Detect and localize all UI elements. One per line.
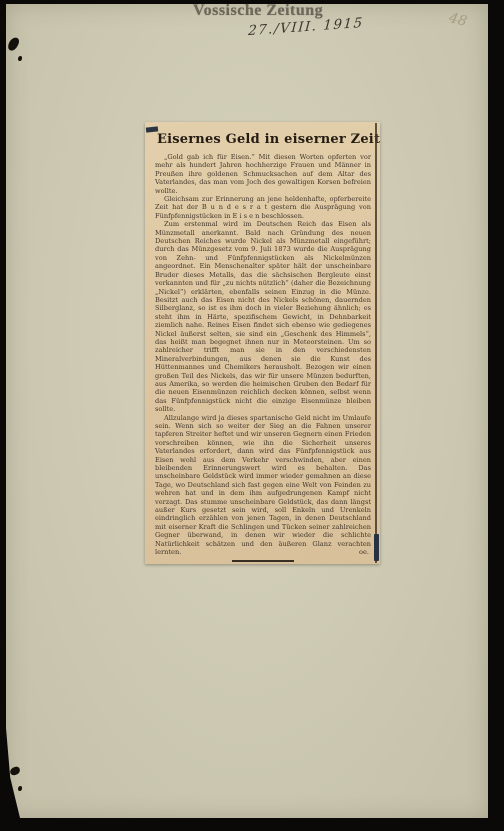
article-author-initials: oe. bbox=[155, 548, 369, 556]
article-end-rule bbox=[232, 560, 294, 562]
newspaper-name-stamp: Vossische Zeitung bbox=[193, 2, 323, 20]
blue-crayon-mark-right bbox=[374, 534, 379, 561]
ink-speck bbox=[6, 36, 20, 52]
column-rule-divider bbox=[375, 123, 377, 563]
article-paragraph: Zum erstenmal wird im Deutschen Reich da… bbox=[155, 220, 371, 413]
article-title: Eisernes Geld in eiserner Zeit. bbox=[157, 131, 370, 148]
article-paragraph: „Gold gab ich für Eisen.“ Mit diesen Wor… bbox=[155, 153, 371, 195]
ink-speck bbox=[18, 786, 22, 791]
ink-speck bbox=[9, 766, 21, 776]
article-paragraph: Gleichsam zur Erinnerung an jene heldenh… bbox=[155, 195, 371, 220]
article-body: „Gold gab ich für Eisen.“ Mit diesen Wor… bbox=[155, 153, 371, 562]
ink-speck bbox=[18, 56, 22, 61]
scanned-archive-photo: { "page": { "stamp": "Vossische Zeitung"… bbox=[0, 0, 504, 831]
article-paragraph: Allzulange wird ja dieses spartanische G… bbox=[155, 414, 371, 557]
newspaper-clipping: Eisernes Geld in eiserner Zeit. „Gold ga… bbox=[145, 122, 380, 564]
